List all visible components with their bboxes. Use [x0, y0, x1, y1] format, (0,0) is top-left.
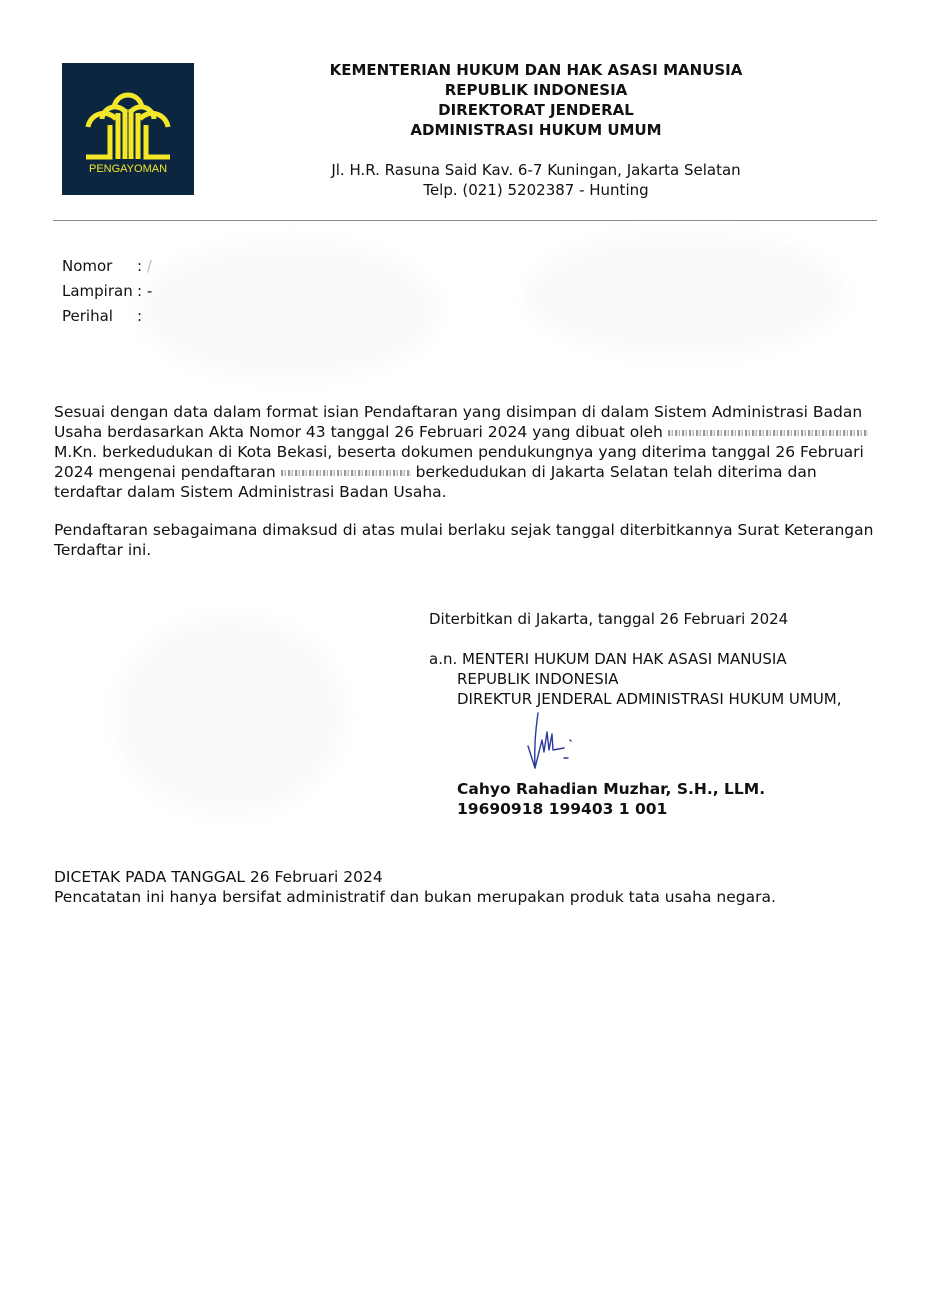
letterhead: KEMENTERIAN HUKUM DAN HAK ASASI MANUSIA … — [300, 60, 772, 200]
redacted-notary-name — [668, 430, 868, 436]
perihal-sep: : — [137, 304, 142, 329]
signer-name: Cahyo Rahadian Muzhar, S.H., LLM. — [457, 779, 765, 799]
redaction-blob — [140, 240, 440, 380]
nomor-label: Nomor — [62, 254, 137, 279]
phone: Telp. (021) 5202387 - Hunting — [300, 180, 772, 200]
body-paragraph-2: Pendaftaran sebagaimana dimaksud di atas… — [54, 520, 884, 560]
lampiran-sep: : — [137, 279, 142, 304]
pengayoman-logo: PENGAYOMAN — [62, 63, 194, 195]
redaction-blob — [115, 615, 345, 815]
lampiran-value: - — [147, 279, 152, 304]
signer: Cahyo Rahadian Muzhar, S.H., LLM. 196909… — [457, 779, 765, 819]
printed-date: DICETAK PADA TANGGAL 26 Februari 2024 — [54, 867, 776, 887]
nomor-value: / — [147, 254, 152, 279]
perihal-label: Perihal — [62, 304, 137, 329]
footer: DICETAK PADA TANGGAL 26 Februari 2024 Pe… — [54, 867, 776, 907]
header-divider — [53, 220, 877, 221]
redacted-company-name — [281, 470, 411, 476]
disclaimer: Pencatatan ini hanya bersifat administra… — [54, 887, 776, 907]
issued-line: Diterbitkan di Jakarta, tanggal 26 Febru… — [429, 609, 842, 629]
letter-meta: Nomor : / Lampiran : - Perihal : — [62, 254, 152, 329]
nomor-sep: : — [137, 254, 142, 279]
address: Jl. H.R. Rasuna Said Kav. 6-7 Kuningan, … — [300, 160, 772, 180]
org-line-4: ADMINISTRASI HUKUM UMUM — [300, 120, 772, 140]
meta-nomor: Nomor : / — [62, 254, 152, 279]
on-behalf-line-3: DIREKTUR JENDERAL ADMINISTRASI HUKUM UMU… — [429, 689, 842, 709]
signature-block: Diterbitkan di Jakarta, tanggal 26 Febru… — [429, 609, 842, 709]
body-paragraph-1: Sesuai dengan data dalam format isian Pe… — [54, 402, 884, 502]
on-behalf-line-1: a.n. MENTERI HUKUM DAN HAK ASASI MANUSIA — [429, 649, 842, 669]
org-line-3: DIREKTORAT JENDERAL — [300, 100, 772, 120]
org-line-1: KEMENTERIAN HUKUM DAN HAK ASASI MANUSIA — [300, 60, 772, 80]
lampiran-label: Lampiran — [62, 279, 137, 304]
redaction-blob — [525, 232, 845, 357]
meta-lampiran: Lampiran : - — [62, 279, 152, 304]
handwritten-signature-icon — [520, 710, 590, 772]
signer-nip: 19690918 199403 1 001 — [457, 799, 765, 819]
pengayoman-tree-icon — [62, 63, 194, 195]
meta-perihal: Perihal : — [62, 304, 152, 329]
logo-text: PENGAYOMAN — [62, 163, 194, 175]
on-behalf-line-2: REPUBLIK INDONESIA — [429, 669, 842, 689]
org-line-2: REPUBLIK INDONESIA — [300, 80, 772, 100]
